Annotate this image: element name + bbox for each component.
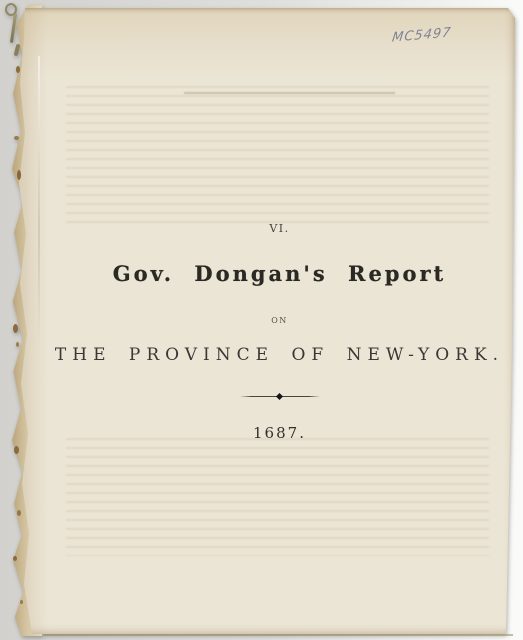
foxing-spot (20, 600, 23, 604)
page-shadow-wrap: VI. Gov. Dongan's Report ON THE PROVINCE… (0, 0, 523, 640)
foxing-spot (13, 324, 18, 333)
foxing-spot (14, 136, 19, 140)
title-subject: THE PROVINCE OF NEW-YORK. (44, 345, 515, 365)
book-page: VI. Gov. Dongan's Report ON THE PROVINCE… (14, 8, 515, 634)
rule (240, 394, 320, 399)
title-preposition: ON (44, 316, 515, 325)
binding-staple-shank (10, 13, 17, 43)
foxing-spot (17, 510, 21, 516)
page-bottom-edge (44, 634, 513, 636)
diamond-rule-ornament (44, 394, 515, 400)
foxing-spot (14, 446, 19, 454)
verso-showthrough-line (184, 92, 394, 94)
foxing-spot (17, 170, 21, 180)
foxing-spot (13, 556, 17, 561)
section-number: VI. (44, 222, 515, 235)
title-year: 1687. (44, 424, 515, 442)
verso-showthrough-upper (66, 86, 489, 228)
verso-showthrough-lower (66, 438, 489, 556)
foxing-spot (16, 342, 19, 347)
handwritten-catalog-note: MC5497 (391, 25, 452, 45)
page-title: Gov. Dongan's Report (44, 261, 515, 286)
binding-staple-tip (14, 44, 21, 57)
rule-diamond (275, 393, 282, 400)
vertical-crease (38, 56, 40, 346)
foxing-spot (16, 66, 20, 73)
photo-backdrop: VI. Gov. Dongan's Report ON THE PROVINCE… (0, 0, 523, 640)
